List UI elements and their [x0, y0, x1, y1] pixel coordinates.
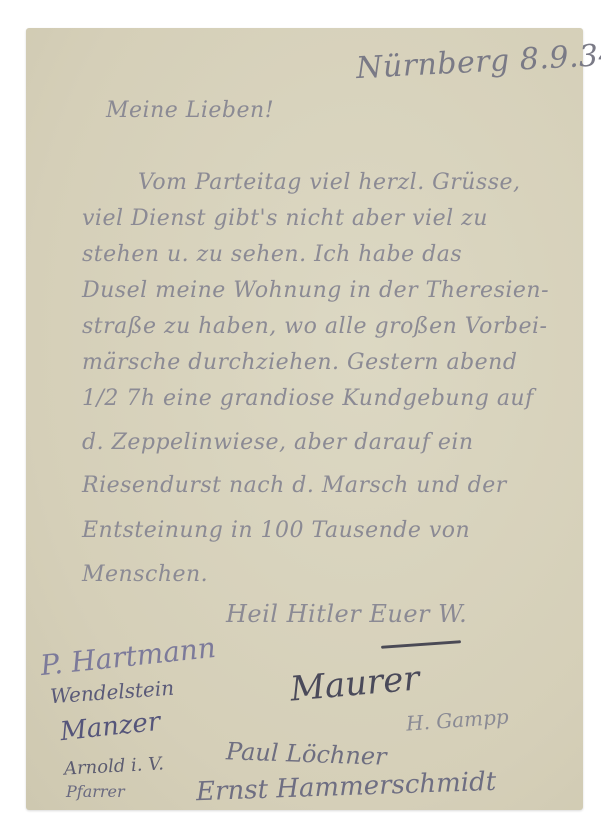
signature: Wendelstein: [49, 676, 174, 709]
place-date: Nürnberg 8.9.34.: [355, 37, 601, 86]
postcard: Nürnberg 8.9.34. Meine Lieben! Vom Parte…: [26, 28, 583, 810]
signature: Maurer: [289, 658, 422, 709]
signature: P. Hartmann: [39, 631, 218, 682]
body-line: 1/2 7h eine grandiose Kundgebung auf: [82, 386, 534, 411]
body-line: Dusel meine Wohnung in der Theresien-: [82, 278, 549, 303]
signature: Manzer: [59, 707, 162, 747]
body-line: viel Dienst gibt's nicht aber viel zu: [82, 206, 488, 231]
closing: Heil Hitler Euer W.: [226, 600, 467, 628]
body-line: Menschen.: [82, 562, 208, 587]
closing-underline: [381, 640, 461, 649]
body-line: d. Zeppelinwiese, aber darauf ein: [82, 430, 474, 455]
body-line: Riesendurst nach d. Marsch und der: [82, 473, 507, 498]
body-line: märsche durchziehen. Gestern abend: [82, 350, 517, 375]
signature: Pfarrer: [66, 782, 125, 801]
signature: Paul Löchner: [226, 737, 387, 771]
signature: H. Gampp: [405, 704, 509, 735]
body-line: Vom Parteitag viel herzl. Grüsse,: [138, 170, 521, 195]
greeting: Meine Lieben!: [106, 98, 274, 123]
body-line: Entsteinung in 100 Tausende von: [82, 518, 470, 543]
signature: Ernst Hammerschmidt: [196, 767, 497, 807]
body-line: straße zu haben, wo alle großen Vorbei-: [82, 314, 547, 339]
signature: Arnold i. V.: [64, 753, 165, 779]
body-line: stehen u. zu sehen. Ich habe das: [82, 242, 462, 267]
